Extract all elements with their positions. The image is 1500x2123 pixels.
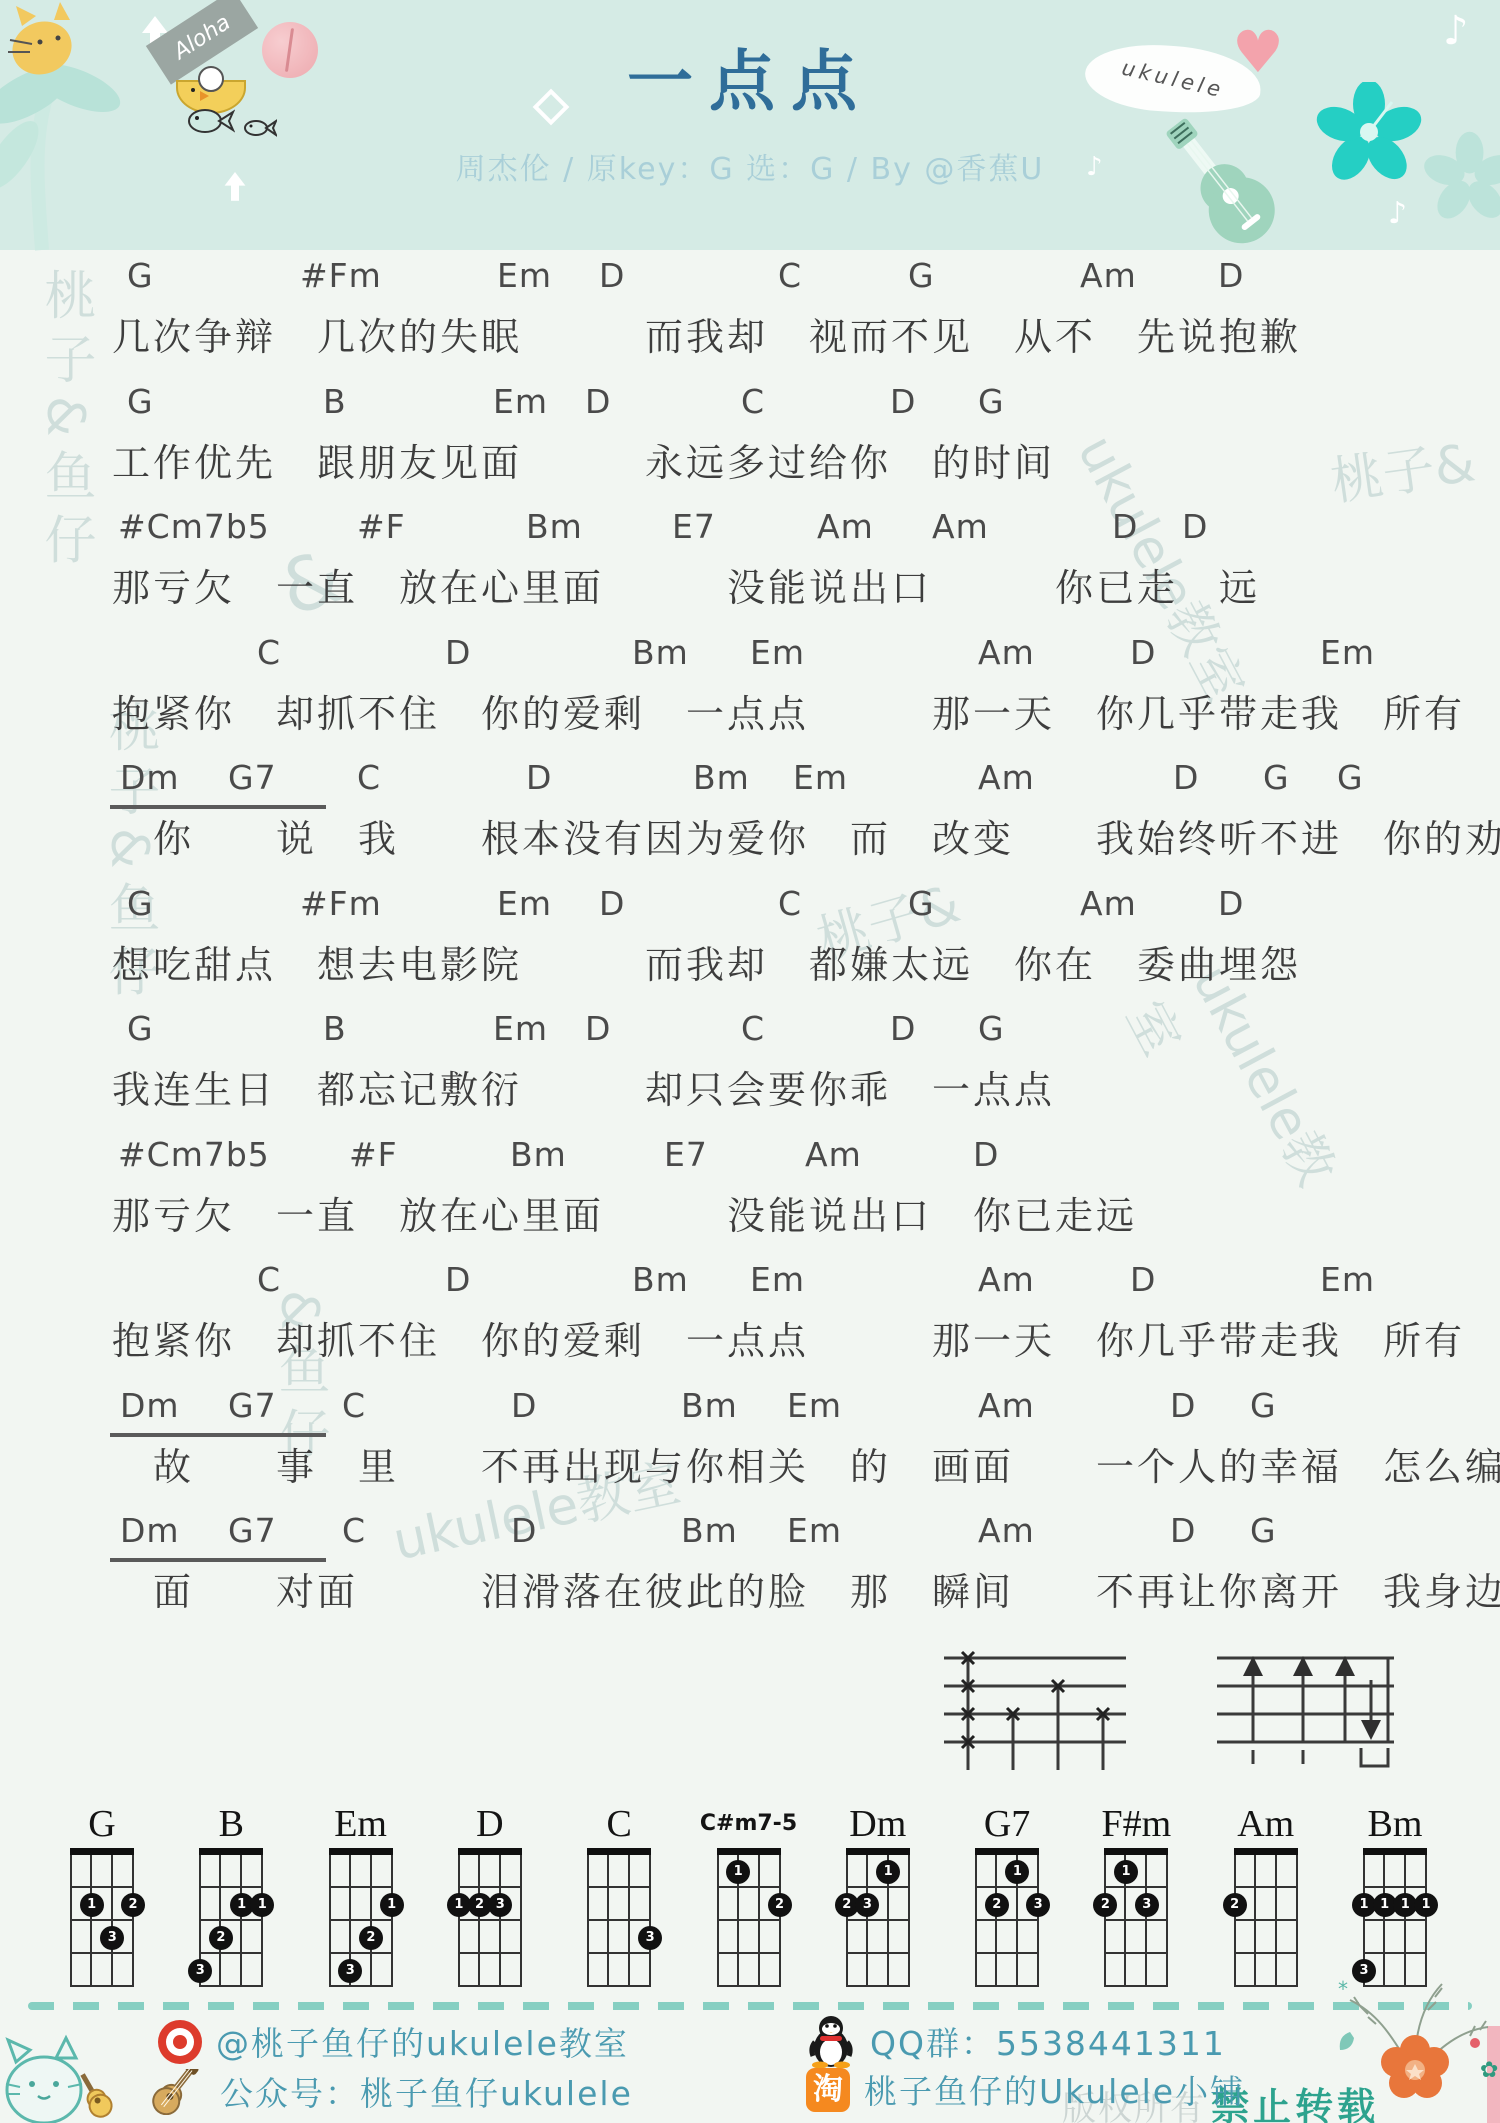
chord-diagram-grid: 1123 xyxy=(199,1848,263,1987)
chord-label: D xyxy=(511,1511,537,1550)
chord-label: Em xyxy=(493,382,548,421)
chord-diagram-label: G7 xyxy=(947,1800,1067,1848)
finger-dot: 1 xyxy=(80,1893,104,1917)
chord-diagram: Dm 123 xyxy=(818,1800,938,1987)
chord-label: #Cm7b5 xyxy=(118,1135,270,1174)
chord-diagram-label: Em xyxy=(301,1800,421,1848)
chord-label: #Fm xyxy=(300,256,382,295)
chord-diagram-label: C xyxy=(559,1800,679,1848)
chord-label: D xyxy=(890,382,916,421)
strum-pattern-picking xyxy=(938,1650,1133,1782)
footer-qq-row: QQ群：5538441311 xyxy=(806,2014,1226,2068)
chord-diagram: C#m7-5 12 xyxy=(689,1800,809,1987)
chord-diagram-label: D xyxy=(430,1800,550,1848)
chord-label: Am xyxy=(805,1135,862,1174)
chord-row: GBEmDCDG xyxy=(0,382,1500,426)
chord-label: Dm xyxy=(120,758,180,797)
chord-label: Dm xyxy=(120,1511,180,1550)
weibo-icon xyxy=(158,2020,202,2064)
lyric-line: 故 事 里 不再出现与你相关 的 画面 一个人的幸福 怎么编 xyxy=(112,1436,1500,1491)
chord-label: G xyxy=(978,1009,1005,1048)
chord-diagram-label: B xyxy=(171,1800,291,1848)
chord-label: D xyxy=(511,1386,537,1425)
chord-label: Am xyxy=(978,633,1035,672)
chord-label: Am xyxy=(817,507,874,546)
finger-dot: 2 xyxy=(121,1893,145,1917)
chord-label: Bm xyxy=(510,1135,567,1174)
chord-label: D xyxy=(1130,633,1156,672)
chord-label: D xyxy=(1170,1386,1196,1425)
dashed-divider xyxy=(28,2002,1472,2010)
lyric-line: 工作优先 跟朋友见面 永远多过给你 的时间 xyxy=(112,432,1055,487)
chord-label: G7 xyxy=(228,1386,277,1425)
finger-dot: 3 xyxy=(1135,1893,1159,1917)
chord-sheet-page: Aloha 一点点 周杰伦 / 原key：G 选：G / By @香蕉U uku… xyxy=(0,0,1500,2123)
sheet-line: #Cm7b5#FBmE7AmAmDD 那亏欠 一直 放在心里面 没能说出口 你已… xyxy=(0,503,1500,629)
chord-label: G xyxy=(127,256,154,295)
sheet-line: G#FmEmDCGAmD 几次争辩 几次的失眠 而我却 视而不见 从不 先说抱歉 xyxy=(0,252,1500,378)
chord-diagram-grid: 12 xyxy=(717,1848,781,1987)
chord-row: DmG7CDBmEmAmDG xyxy=(0,1386,1500,1430)
chord-label: Em xyxy=(787,1511,842,1550)
chord-label: #Fm xyxy=(300,884,382,923)
flower-bouquet-decoration: * ✿ xyxy=(1330,1972,1500,2122)
chord-diagram-grid: 123 xyxy=(70,1848,134,1987)
svg-text:*: * xyxy=(1338,1977,1348,2001)
chord-label: Em xyxy=(787,1386,842,1425)
chord-diagram: G7 123 xyxy=(947,1800,1067,1987)
chord-label: G xyxy=(127,382,154,421)
chord-row: DmG7CDBmEmAmDG xyxy=(0,1511,1500,1555)
chord-label: D xyxy=(599,884,625,923)
lyric-line: 想吃甜点 想去电影院 而我却 都嫌太远 你在 委曲埋怨 xyxy=(112,934,1301,989)
chord-row: CDBmEmAmDEm xyxy=(0,1260,1500,1304)
chord-diagram: F#m 123 xyxy=(1076,1800,1196,1987)
finger-dot: 2 xyxy=(768,1893,792,1917)
weibo-handle: @桃子鱼仔的ukulele教室 xyxy=(216,2018,629,2065)
chord-label: D xyxy=(1218,884,1244,923)
chord-label: C xyxy=(741,1009,765,1048)
sheet-line: #Cm7b5#FBmE7AmD 那亏欠 一直 放在心里面 没能说出口 你已走远 xyxy=(0,1131,1500,1257)
chord-row: G#FmEmDCGAmD xyxy=(0,884,1500,928)
chord-label: G xyxy=(908,256,935,295)
chord-label: G xyxy=(127,884,154,923)
chord-label: Am xyxy=(932,507,989,546)
chord-diagram: G 123 xyxy=(42,1800,162,1987)
chord-label: D xyxy=(585,1009,611,1048)
chord-diagram-label: Bm xyxy=(1335,1800,1455,1848)
chord-label: G xyxy=(908,884,935,923)
finger-dot: 3 xyxy=(338,1959,362,1983)
strum-pattern-arrows xyxy=(1213,1650,1398,1782)
chord-diagram: Am 2 xyxy=(1206,1800,1326,1987)
chord-label: C xyxy=(778,884,802,923)
chord-label: Em xyxy=(750,633,805,672)
footer-wechat-row: 公众号：桃子鱼仔ukulele xyxy=(148,2068,633,2115)
lyric-line: 抱紧你 却抓不住 你的爱剩 一点点 那一天 你几乎带走我 所有 的从前 xyxy=(112,1310,1500,1365)
chord-label: Am xyxy=(1080,256,1137,295)
wechat-account: 公众号：桃子鱼仔ukulele xyxy=(220,2068,633,2115)
chord-label: D xyxy=(599,256,625,295)
chord-row: GBEmDCDG xyxy=(0,1009,1500,1053)
chord-label: C xyxy=(257,1260,281,1299)
chord-row: #Cm7b5#FBmE7AmD xyxy=(0,1135,1500,1179)
chord-label: C xyxy=(342,1511,366,1550)
chord-label: D xyxy=(973,1135,999,1174)
finger-dot: 3 xyxy=(855,1893,879,1917)
sheet-line: DmG7CDBmEmAmDGG 你 说 我 根本没有因为爱你 而 改变 我始终听… xyxy=(0,754,1500,880)
chord-label: D xyxy=(445,633,471,672)
chord-diagram-grid: 3 xyxy=(587,1848,651,1987)
chord-label: Bm xyxy=(632,1260,689,1299)
qq-penguin-icon xyxy=(806,2014,856,2068)
svg-text:✿: ✿ xyxy=(1480,2058,1498,2083)
chord-diagram-grid: 2 xyxy=(1234,1848,1298,1987)
chord-label: Em xyxy=(497,884,552,923)
chord-label: G xyxy=(1250,1511,1277,1550)
chord-label: Em xyxy=(493,1009,548,1048)
chord-diagram: Bm 11113 xyxy=(1335,1800,1455,1987)
chord-label: Am xyxy=(978,1386,1035,1425)
chord-label: D xyxy=(1170,1511,1196,1550)
lyric-line: 抱紧你 却抓不住 你的爱剩 一点点 那一天 你几乎带走我 所有 的从前 xyxy=(112,683,1500,738)
sheet-line: DmG7CDBmEmAmDG 故 事 里 不再出现与你相关 的 画面 一个人的幸… xyxy=(0,1382,1500,1508)
chord-label: G xyxy=(1337,758,1364,797)
chord-label: C xyxy=(357,758,381,797)
chord-label: Am xyxy=(1080,884,1137,923)
finger-dot: 1 xyxy=(1414,1893,1438,1917)
chord-label: D xyxy=(1218,256,1244,295)
footer-taobao-row: 淘 桃子鱼仔的Ukulele小铺 xyxy=(806,2066,1245,2113)
lyric-line: 那亏欠 一直 放在心里面 没能说出口 你已走远 xyxy=(112,1185,1137,1240)
chord-label: #F xyxy=(349,1135,398,1174)
chord-row: G#FmEmDCGAmD xyxy=(0,256,1500,300)
chord-diagram: B 1123 xyxy=(171,1800,291,1987)
chord-label: B xyxy=(323,382,347,421)
chord-row: CDBmEmAmDEm xyxy=(0,633,1500,677)
chord-label: C xyxy=(778,256,802,295)
chord-label: #Cm7b5 xyxy=(118,507,270,546)
chord-row: #Cm7b5#FBmE7AmAmDD xyxy=(0,507,1500,551)
finger-dot: 1 xyxy=(1114,1860,1138,1884)
chord-label: G xyxy=(1250,1386,1277,1425)
chord-label: Bm xyxy=(681,1386,738,1425)
chord-diagram-grid: 123 xyxy=(1104,1848,1168,1987)
chord-diagram-grid: 11113 xyxy=(1363,1848,1427,1987)
finger-dot: 3 xyxy=(488,1893,512,1917)
chord-label: Am xyxy=(978,1511,1035,1550)
finger-dot: 3 xyxy=(100,1926,124,1950)
chord-diagram-label: G xyxy=(42,1800,162,1848)
chord-label: B xyxy=(323,1009,347,1048)
chord-label: #F xyxy=(357,507,406,546)
chord-diagram-row: G 123 B 1123 Em 123 D 123 C 3 C#m7-5 12 … xyxy=(0,1800,1500,2000)
chord-label: C xyxy=(257,633,281,672)
finger-dot: 2 xyxy=(359,1926,383,1950)
chord-diagram: D 123 xyxy=(430,1800,550,1987)
chord-diagram-label: Dm xyxy=(818,1800,938,1848)
ukulele-small-icon xyxy=(148,2069,206,2115)
chord-label: Bm xyxy=(693,758,750,797)
sheet-line: G#FmEmDCGAmD 想吃甜点 想去电影院 而我却 都嫌太远 你在 委曲埋怨 xyxy=(0,880,1500,1006)
chord-label: Em xyxy=(1320,633,1375,672)
chord-label: G xyxy=(127,1009,154,1048)
sheet-line: GBEmDCDG 工作优先 跟朋友见面 永远多过给你 的时间 xyxy=(0,378,1500,504)
finger-dot: 1 xyxy=(726,1860,750,1884)
footer-weibo-row: @桃子鱼仔的ukulele教室 xyxy=(158,2018,629,2065)
taobao-shop: 桃子鱼仔的Ukulele小铺 xyxy=(864,2066,1245,2113)
chord-label: G xyxy=(1263,758,1290,797)
chord-label: D xyxy=(1130,1260,1156,1299)
chord-diagram-grid: 123 xyxy=(329,1848,393,1987)
chord-diagram-grid: 123 xyxy=(458,1848,522,1987)
taobao-icon: 淘 xyxy=(806,2068,850,2112)
finger-dot: 1 xyxy=(876,1860,900,1884)
finger-dot: 3 xyxy=(638,1926,662,1950)
finger-dot: 2 xyxy=(985,1893,1009,1917)
chord-label: Am xyxy=(978,1260,1035,1299)
chord-label: D xyxy=(526,758,552,797)
chord-label: E7 xyxy=(664,1135,708,1174)
lyric-line: 那亏欠 一直 放在心里面 没能说出口 你已走 远 xyxy=(112,557,1260,612)
chord-label: Em xyxy=(1320,1260,1375,1299)
finger-dot: 1 xyxy=(1005,1860,1029,1884)
chord-diagram-label: Am xyxy=(1206,1800,1326,1848)
chord-label: Dm xyxy=(120,1386,180,1425)
finger-dot: 2 xyxy=(1223,1893,1247,1917)
chord-label: Em xyxy=(793,758,848,797)
chord-label: D xyxy=(890,1009,916,1048)
chord-label: G7 xyxy=(228,1511,277,1550)
chord-label: D xyxy=(1182,507,1208,546)
chord-diagram: C 3 xyxy=(559,1800,679,1987)
sheet-line: GBEmDCDG 我连生日 都忘记敷衍 却只会要你乖 一点点 xyxy=(0,1005,1500,1131)
chord-label: G xyxy=(978,382,1005,421)
chord-label: D xyxy=(445,1260,471,1299)
chord-diagram: Em 123 xyxy=(301,1800,421,1987)
sheet-line: CDBmEmAmDEm 抱紧你 却抓不住 你的爱剩 一点点 那一天 你几乎带走我… xyxy=(0,629,1500,755)
chord-label: G7 xyxy=(228,758,277,797)
chord-label: D xyxy=(1173,758,1199,797)
chord-diagram-grid: 123 xyxy=(975,1848,1039,1987)
chord-label: Em xyxy=(750,1260,805,1299)
lyric-line: 你 说 我 根本没有因为爱你 而 改变 我始终听不进 你的劝 xyxy=(112,808,1500,863)
chord-label: Bm xyxy=(632,633,689,672)
chord-diagram-grid: 123 xyxy=(846,1848,910,1987)
chord-diagram-label: F#m xyxy=(1076,1800,1196,1848)
lyric-line: 我连生日 都忘记敷衍 却只会要你乖 一点点 xyxy=(112,1059,1055,1114)
chord-label: C xyxy=(342,1386,366,1425)
sheet-line: CDBmEmAmDEm 抱紧你 却抓不住 你的爱剩 一点点 那一天 你几乎带走我… xyxy=(0,1256,1500,1382)
chord-label: E7 xyxy=(672,507,716,546)
finger-dot: 1 xyxy=(250,1893,274,1917)
finger-dot: 1 xyxy=(380,1893,404,1917)
chord-label: Em xyxy=(497,256,552,295)
finger-dot: 3 xyxy=(1026,1893,1050,1917)
finger-dot: 2 xyxy=(1093,1893,1117,1917)
qq-group-number: QQ群：5538441311 xyxy=(870,2018,1226,2065)
finger-dot: 3 xyxy=(188,1959,212,1983)
chord-label: Am xyxy=(978,758,1035,797)
chord-label: D xyxy=(585,382,611,421)
cat-with-guitar-icon xyxy=(4,2032,129,2123)
sheet-line: DmG7CDBmEmAmDG 面 对面 泪滑落在彼此的脸 那 瞬间 不再让你离开… xyxy=(0,1507,1500,1633)
chord-diagram-label: C#m7-5 xyxy=(689,1800,809,1848)
finger-dot: 2 xyxy=(209,1926,233,1950)
chord-label: D xyxy=(1112,507,1138,546)
chord-label: Bm xyxy=(526,507,583,546)
lyric-line: 几次争辩 几次的失眠 而我却 视而不见 从不 先说抱歉 xyxy=(112,306,1301,361)
chord-row: DmG7CDBmEmAmDGG xyxy=(0,758,1500,802)
lyric-line: 面 对面 泪滑落在彼此的脸 那 瞬间 不再让你离开 我身边 xyxy=(112,1561,1500,1616)
chord-label: C xyxy=(741,382,765,421)
chord-label: Bm xyxy=(681,1511,738,1550)
